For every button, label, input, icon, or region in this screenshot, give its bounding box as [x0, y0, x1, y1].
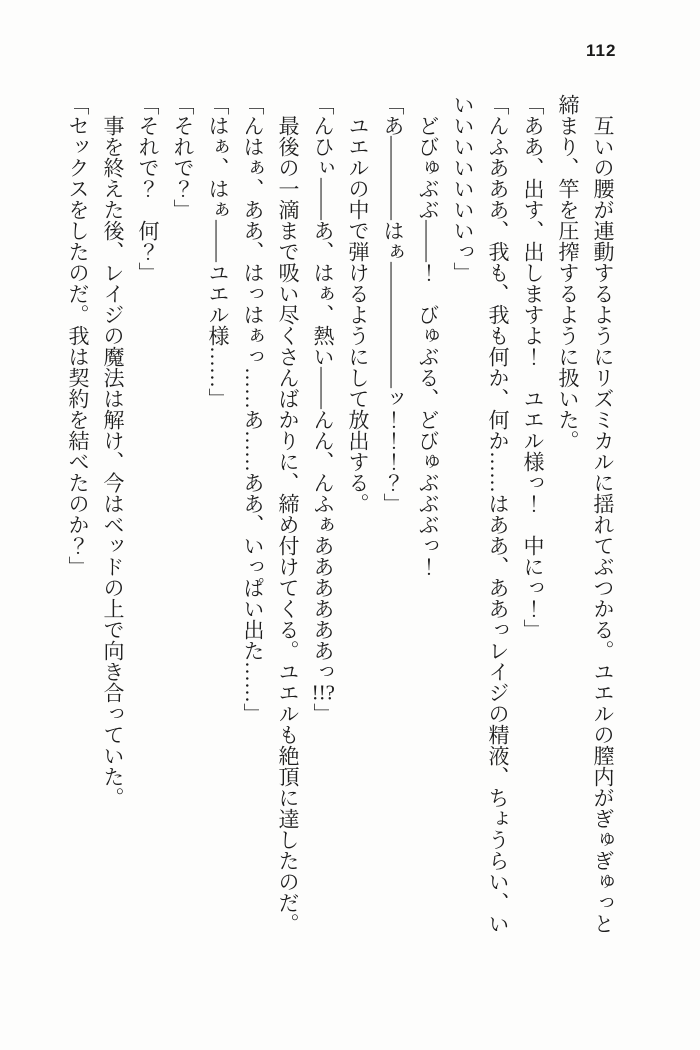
paragraph: ユエルの中で弾けるようにして放出する。 — [340, 94, 375, 944]
paragraph: 「それで？」 — [165, 94, 200, 944]
paragraph: 「ああ、出す、出しますよ！ ユエル様っ！ 中にっ！」 — [515, 94, 550, 944]
paragraph: どびゅぶぶ――！ びゅぶる、どびゅぶぶぶっ！ — [410, 94, 445, 944]
paragraph: 「んひぃ――あ、はぁ、熱い――んん、んふぁああああああっ!!?」 — [305, 94, 340, 944]
book-page: 112 互いの腰が連動するようにリズミカルに揺れてぶつかる。ユエルの膣内がぎゅぎ… — [0, 0, 700, 1050]
tate-chu-yoko: !!? — [311, 682, 335, 703]
paragraph: 「あ――――はぁ――――――ッ！！！？」 — [375, 94, 410, 944]
paragraph: 「セックスをしたのだ。我は契約を結べたのか？」 — [60, 94, 95, 944]
text-body: 互いの腰が連動するようにリズミカルに揺れてぶつかる。ユエルの膣内がぎゅぎゅっと締… — [60, 94, 620, 944]
paragraph: 「んふあああ、我も、我も何か、何か……はああ、ああっレイジの精液、ちょうらい、い… — [445, 94, 515, 944]
paragraph: 「はぁ、はぁ――ユエル様……」 — [200, 94, 235, 944]
paragraph: 「それで？ 何？」 — [130, 94, 165, 944]
paragraph: 互いの腰が連動するようにリズミカルに揺れてぶつかる。ユエルの膣内がぎゅぎゅっと締… — [550, 94, 620, 944]
paragraph: 「んはぁ、ああ、はっはぁっ……あ……ああ、いっぱい出た……」 — [235, 94, 270, 944]
paragraph: 最後の一滴まで吸い尽くさんばかりに、締め付けてくる。ユエルも絶頂に達したのだ。 — [270, 94, 305, 944]
page-number: 112 — [586, 41, 616, 61]
paragraph: 事を終えた後、レイジの魔法は解け、今はベッドの上で向き合っていた。 — [95, 94, 130, 944]
